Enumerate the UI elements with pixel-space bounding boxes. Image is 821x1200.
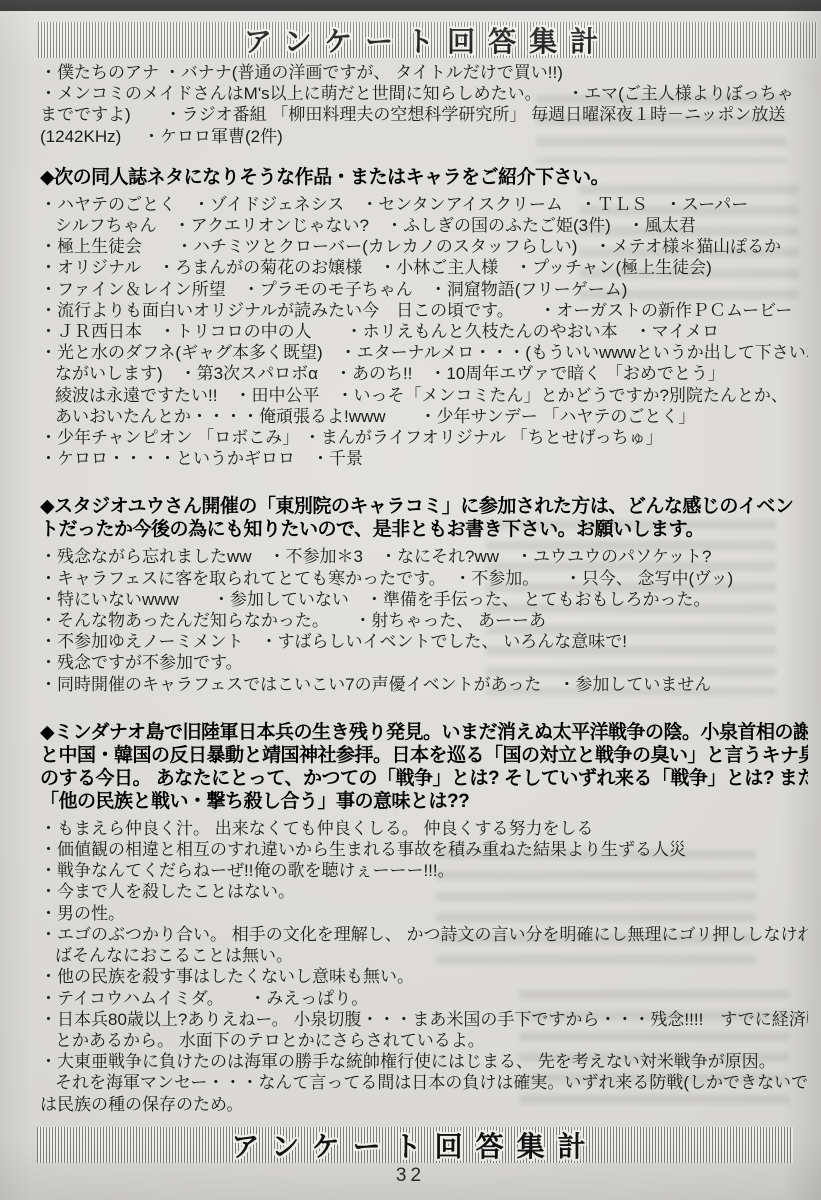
response-line: ・ファイン＆レイン所望 ・プラモのモ子ちゃん ・洞窟物語(フリーゲーム): [40, 279, 808, 300]
response-line: ・同時開催のキャラフェスではこいこい7の声優イベントがあった ・参加していません: [40, 674, 808, 695]
response-line: ・僕たちのアナ ・バナナ(普通の洋画ですが、 タイトルだけで買い!!): [40, 62, 808, 83]
response-line: ・ハヤテのごとく ・ゾイドジェネシス ・センタンアイスクリーム ・ＴＬＳ ・スー…: [40, 194, 808, 215]
response-line: ・残念ですが不参加です。: [40, 652, 808, 673]
response-line: ・大東亜戦争に負けたのは海軍の勝手な統帥権行使にはじまる、 先を考えない対米戦争…: [40, 1051, 808, 1072]
response-line: ・オリジナル ・ろまんがの菊花のお嬢様 ・小林ご主人様 ・プッチャン(極上生徒会…: [40, 257, 808, 278]
response-line: ・極上生徒会 ・ハチミツとクローバー(カレカノのスタッフらしい) ・メテオ様＊猫…: [40, 236, 808, 257]
response-line: ・今まで人を殺したことはない。: [40, 881, 808, 902]
section-heading-line: のする今日。 あなたにとって、かつての「戦争」とは? そしていずれ来る「戦争」と…: [40, 767, 808, 790]
response-line: ・少年チャンピオン 「ロボこみ」 ・まんがライフオリジナル 「ちとせげっちゅ」: [40, 427, 808, 448]
header-banner: アンケート回答集計: [38, 22, 817, 58]
response-line: ・価値観の相違と相互のすれ違いから生まれる事故を積み重ねた結果より生ずる人災: [40, 839, 808, 860]
response-line: ・キャラフェスに客を取られてとても寒かったです。 ・不参加。 ・只今、 念写中(…: [40, 568, 808, 589]
response-line: シルフちゃん ・アクエリオンじゃない? ・ふしぎの国のふたご姫(3件) ・風太君: [40, 215, 808, 236]
response-line: までですよ) ・ラジオ番組 「柳田料理夫の空想科学研究所」 毎週日曜深夜１時－ニ…: [40, 104, 808, 125]
response-line: ・テイコウハムイミダ。 ・みえっぱり。: [40, 988, 808, 1009]
response-line: ながいします) ・第3次スパロボα ・あのち!! ・10周年エヴァで暗く 「おめ…: [40, 363, 808, 384]
page-number: 32: [0, 1165, 821, 1187]
survey-content: ・僕たちのアナ ・バナナ(普通の洋画ですが、 タイトルだけで買い!!)・メンコミ…: [40, 62, 808, 1124]
response-line: ・エゴのぶつかり合い。 相手の文化を理解し、 かつ詩文の言い分を明確にし無理にゴ…: [40, 924, 808, 945]
response-line: それを海軍マンセー・・・なんて言ってる間は日本の負けは確実。いずれ来る防戦(しか…: [40, 1072, 808, 1093]
header-banner-title: アンケート回答集計: [244, 20, 611, 60]
survey-section: ・僕たちのアナ ・バナナ(普通の洋画ですが、 タイトルだけで買い!!)・メンコミ…: [40, 62, 808, 147]
section-heading-line: ◆ミンダナオ島で旧陸軍日本兵の生き残り発見。いまだ消えぬ太平洋戦争の陰。小泉首相…: [40, 721, 808, 744]
response-line: ・男の性。: [40, 903, 808, 924]
response-line: ・残念ながら忘れましたww ・不参加＊3 ・なにそれ?ww ・ユウユウのパソケッ…: [40, 546, 808, 567]
response-line: ・光と水のダフネ(ギャグ本多く既望) ・エターナルメロ・・・(もういいwwwとい…: [40, 342, 808, 363]
scan-edge-bar: [0, 0, 821, 11]
response-line: とかあるから。 水面下のテロとかにさらされているよ。: [40, 1030, 808, 1051]
response-line: ・他の民族を殺す事はしたくないし意味も無い。: [40, 966, 808, 987]
footer-banner: アンケート回答集計: [37, 1127, 793, 1163]
response-line: ・不参加ゆえノーミメント ・すばらしいイベントでした、 いろんな意味で!: [40, 631, 808, 652]
section-heading-line: と中国・韓国の反日暴動と靖国神社参拝。日本を巡る「国の対立と戦争の臭い」と言うキ…: [40, 744, 808, 767]
response-line: ・そんな物あったんだ知らなかった。 ・射ちゃった、 あーーあ: [40, 610, 808, 631]
response-line: ・ＪＲ西日本 ・トリコロの中の人 ・ホリえもんと久枝たんのやおい本 ・マイメロ: [40, 321, 808, 342]
response-line: ・戦争なんてくだらねーぜ!!俺の歌を聴けぇーーー!!!。: [40, 860, 808, 881]
response-line: (1242KHz) ・ケロロ軍曹(2件): [40, 126, 808, 147]
response-line: ばそんなにおこることは無い。: [40, 945, 808, 966]
section-heading-line: ◆スタジオユウさん開催の「東別院のキャラコミ」に参加された方は、どんな感じのイベ…: [40, 495, 808, 518]
scanned-survey-page: アンケート回答集計 ・僕たちのアナ ・バナナ(普通の洋画ですが、 タイトルだけで…: [0, 0, 821, 1200]
section-heading-line: 「他の民族と戦い・撃ち殺し合う」事の意味とは??: [40, 790, 808, 813]
response-line: は民族の種の保存のため。: [40, 1094, 808, 1115]
response-line: ・ケロロ・・・・というかギロロ ・千景: [40, 448, 808, 469]
survey-section: ◆次の同人誌ネタになりそうな作品・またはキャラをご紹介下さい。・ハヤテのごとく …: [40, 166, 808, 470]
response-line: 綾波は永遠ですたい!! ・田中公平 ・いっそ「メンコミたん」とかどうですか?別院…: [40, 385, 808, 406]
response-line: ・特にいないwww ・参加していない ・準備を手伝った、 とてもおもしろかった。: [40, 589, 808, 610]
section-heading-line: ◆次の同人誌ネタになりそうな作品・またはキャラをご紹介下さい。: [40, 166, 808, 189]
survey-section: ◆ミンダナオ島で旧陸軍日本兵の生き残り発見。いまだ消えぬ太平洋戦争の陰。小泉首相…: [40, 721, 808, 1115]
response-line: あいおいたんとか・・・・俺頑張るよ!www ・少年サンデー 「ハヤテのごとく」: [40, 406, 808, 427]
response-line: ・メンコミのメイドさんはM's以上に萌だと世間に知らしめたい。 ・エマ(ご主人様…: [40, 83, 808, 104]
response-line: ・流行よりも面白いオリジナルが読みたい今 日この頃です。 ・オーガストの新作ＰＣ…: [40, 300, 808, 321]
response-line: ・もまえら仲良く汁。 出来なくても仲良くしる。 仲良くする努力をしる: [40, 818, 808, 839]
section-heading-line: トだったか今後の為にも知りたいので、是非ともお書き下さい。お願いします。: [40, 518, 808, 541]
survey-section: ◆スタジオユウさん開催の「東別院のキャラコミ」に参加された方は、どんな感じのイベ…: [40, 495, 808, 694]
footer-banner-title: アンケート回答集計: [231, 1125, 598, 1165]
response-line: ・日本兵80歳以上?ありえねー。 小泉切腹・・・まあ米国の手下ですから・・・残念…: [40, 1009, 808, 1030]
